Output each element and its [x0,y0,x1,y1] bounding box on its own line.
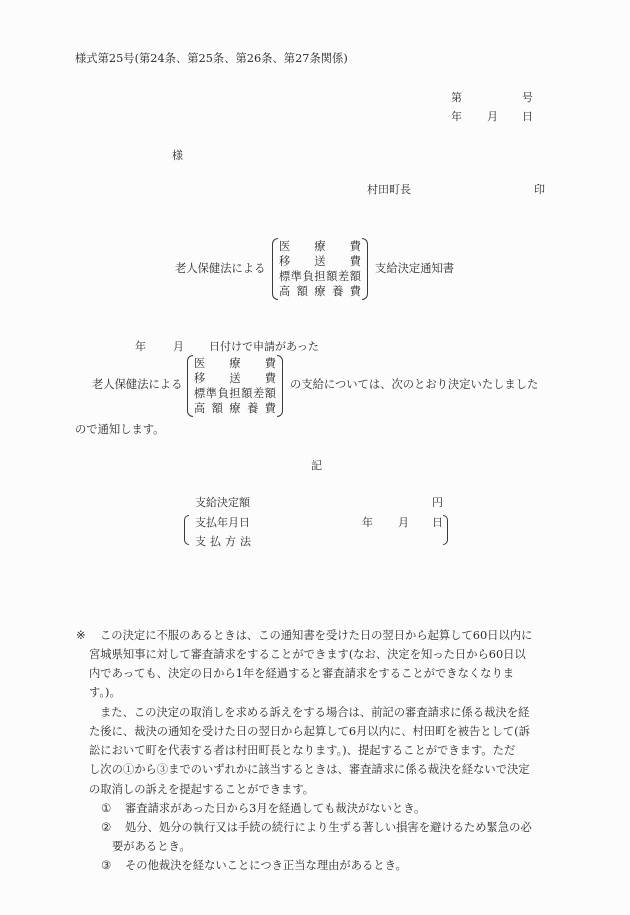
issue-date-year: 年 [451,111,462,122]
payment-date-month: 月 [398,517,409,528]
condition-text-continuation: 要があるとき。 [112,841,191,852]
option-medical-expense: 医療費 [194,356,276,371]
notes-line: の取消しの訴えを提起することができます。 [89,784,314,795]
condition-text: 審査請求があった日から3月を経過しても裁決がないとき。 [125,803,425,814]
items-right-paren [443,515,448,545]
form-number: 様式第25号(第24条、第25条、第26条、第27条関係) [75,53,348,64]
notes-line: また、この決定の取消しを求める訴えをする場合は、前記の審査請求に係る裁決を経 [100,707,529,718]
condition-text: 処分、処分の執行又は手続の続行により生ずる著しい損害を避けるため緊急の必 [125,822,532,833]
left-paren [272,238,278,300]
addressee-honorific: 様 [172,150,183,161]
option-high-cost-care-expense: 高額療養費 [194,401,276,416]
condition-number: ① [101,803,111,814]
doc-number-suffix: 号 [522,92,533,103]
body-continuation: ので通知します。 [75,424,164,435]
amount-unit: 円 [432,497,443,508]
right-paren [277,355,283,417]
option-transport-expense: 移送費 [194,371,276,386]
payment-method-label: 支払方法 [195,536,255,547]
title-benefit-options: 医療費 移送費 標準負担額差額 高額療養費 [272,238,368,300]
issuer-seal: 印 [534,184,545,195]
body-benefit-options: 医療費 移送費 標準負担額差額 高額療養費 [187,355,283,417]
notes-line: 訟において町を代表する者は村田町長となります。)、提起することができます。ただ [89,745,515,756]
application-date-rest: 日付けで申請があった [209,341,319,352]
doc-number-prefix: 第 [451,92,462,103]
payment-date-label: 支払年月日 [195,517,250,528]
application-date-year: 年 [135,341,146,352]
payment-date-year: 年 [362,517,373,528]
notes-line: す。)。 [89,687,121,698]
body-prefix: 老人保健法による [92,379,182,390]
amount-label: 支給決定額 [195,497,250,508]
condition-number: ② [101,822,111,833]
application-date-month: 月 [173,341,184,352]
issue-date-month: 月 [487,111,498,122]
title-suffix: 支給決定通知書 [375,263,454,274]
issuer-title: 村田町長 [367,184,411,195]
ki-heading: 記 [311,460,322,471]
issue-date-day: 日 [522,111,533,122]
option-high-cost-care-expense: 高額療養費 [279,284,361,299]
option-standard-burden-difference: 標準負担額差額 [279,269,361,284]
notes-line: た後に、裁決の通知を受けた日の翌日から起算して6月以内に、村田町を被告として(訴 [89,726,530,737]
payment-date-day: 日 [432,517,443,528]
option-medical-expense: 医療費 [279,239,361,254]
option-transport-expense: 移送費 [279,254,361,269]
condition-number: ③ [101,860,111,871]
items-left-paren [184,515,189,545]
notes-line: この決定に不服のあるときは、この通知書を受けた日の翌日から起算して60日以内に [100,630,532,641]
notes-line: 宮城県知事に対して審査請求をすることができます(なお、決定を知った日から60日以 [89,649,526,660]
notes-line: し次の①から③までのいずれかに該当するときは、審査請求に係る裁決を経ないで決定 [89,764,530,775]
right-paren [362,238,368,300]
notes-mark: ※ [76,630,85,641]
title-prefix: 老人保健法による [175,263,265,274]
condition-text: その他裁決を経ないことにつき正当な理由があるとき。 [125,860,407,871]
left-paren [187,355,193,417]
body-suffix: の支給については、次のとおり決定いたしました [290,379,538,390]
option-standard-burden-difference: 標準負担額差額 [194,386,276,401]
notes-line: 内であっても、決定の日から1年を経過すると審査請求をすることができなくなりま [89,668,514,679]
